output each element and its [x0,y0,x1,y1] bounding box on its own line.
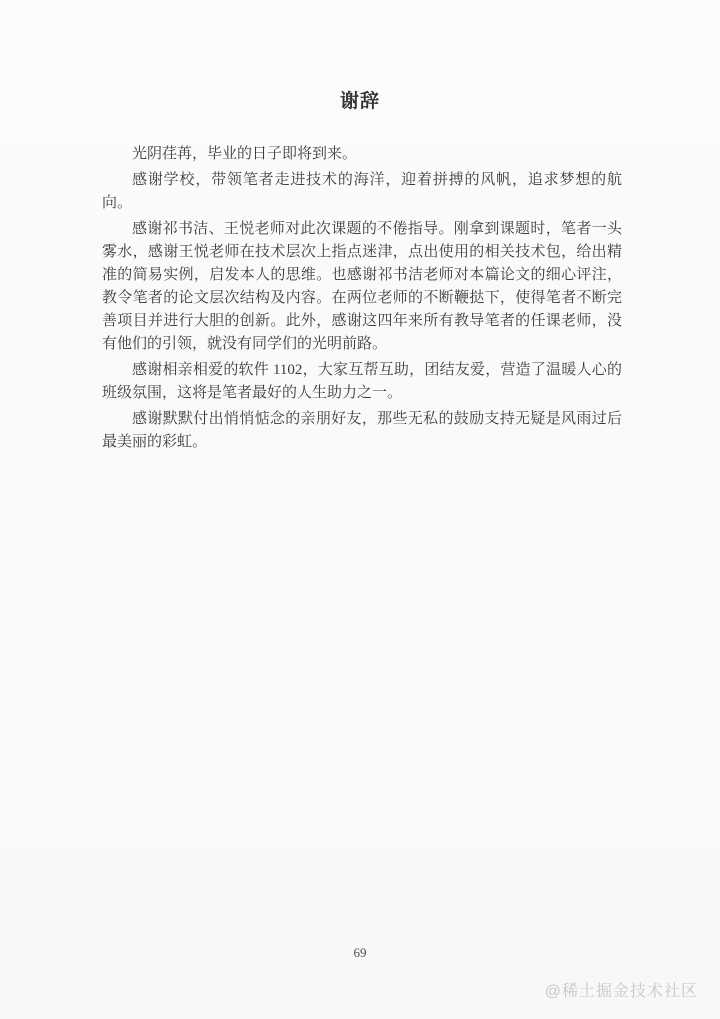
paragraph-opening: 光阴荏苒，毕业的日子即将到来。 [102,143,622,166]
paragraph-thanks-advisors: 感谢祁书洁、王悦老师对此次课题的不倦指导。刚拿到课题时，笔者一头雾水，感谢王悦老… [102,218,622,356]
paragraph-thanks-class: 感谢相亲相爱的软件 1102，大家互帮互助，团结友爱，营造了温暖人心的班级氛围，… [102,359,622,405]
page-title: 谢辞 [0,90,720,114]
watermark: @稀土掘金技术社区 [545,978,698,1001]
paragraph-thanks-friends: 感谢默默付出悄悄惦念的亲朋好友，那些无私的鼓励支持无疑是风雨过后最美丽的彩虹。 [102,408,622,454]
page-number: 69 [0,945,720,961]
document-body: 光阴荏苒，毕业的日子即将到来。 感谢学校，带领笔者走进技术的海洋，迎着拼搏的风帆… [102,143,622,457]
document-page: 谢辞 光阴荏苒，毕业的日子即将到来。 感谢学校，带领笔者走进技术的海洋，迎着拼搏… [0,0,720,1019]
paragraph-thanks-school: 感谢学校，带领笔者走进技术的海洋，迎着拼搏的风帆，追求梦想的航向。 [102,169,622,215]
